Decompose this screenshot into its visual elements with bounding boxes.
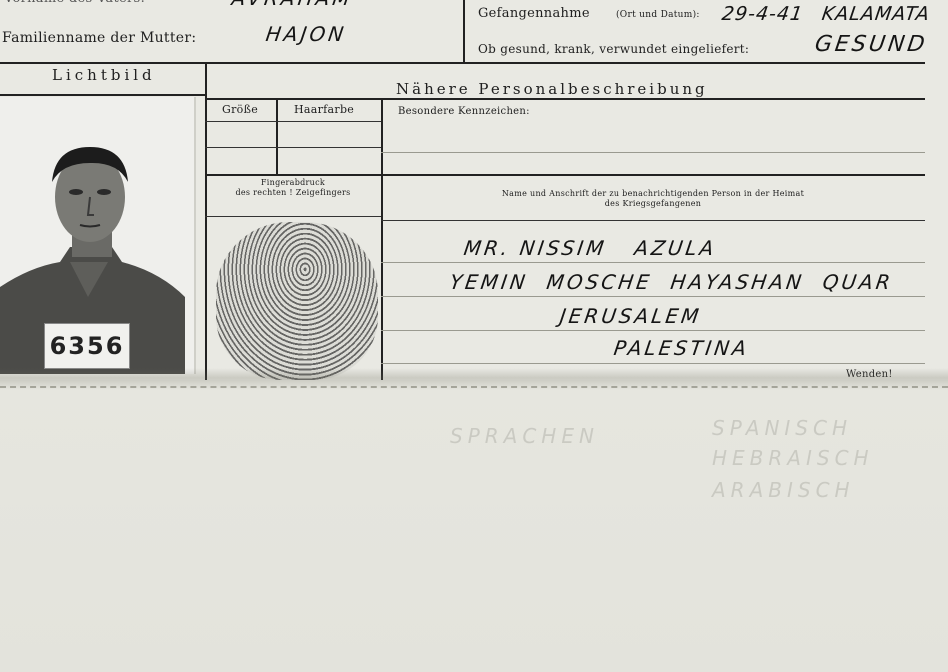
- fingerprint-label-rule: [205, 216, 381, 217]
- fingerprint-top-rule: [205, 174, 925, 176]
- contact-label-line2: des Kriegsgefangenen: [605, 199, 701, 208]
- health-label: Ob gesund, krank, verwundet eingeliefert…: [478, 42, 749, 56]
- photo-heading: Lichtbild: [52, 66, 156, 84]
- hair-color-label: Haarfarbe: [294, 103, 354, 116]
- contact-line-1: MR. NISSIM AZULA: [462, 236, 718, 260]
- capture-place: KALAMATA: [820, 3, 931, 25]
- photo-column-divider: [205, 62, 207, 380]
- grid-rule-2: [205, 147, 381, 148]
- faded-language-1: SPANISCH: [712, 416, 852, 440]
- description-main-divider: [381, 98, 383, 380]
- header-bottom-rule: [0, 62, 925, 64]
- contact-label-line1: Name und Anschrift der zu benachrichtige…: [502, 189, 804, 198]
- registration-card: Vorname des Vaters: AVRAHAM Familienname…: [0, 0, 948, 380]
- prisoner-number-sign: 6356: [44, 323, 130, 369]
- faded-languages-label: SPRACHEN: [450, 424, 599, 448]
- contact-rule-2: [381, 296, 925, 297]
- capture-date: 29-4-41: [720, 3, 804, 25]
- contact-label: Name und Anschrift der zu benachrichtige…: [388, 189, 918, 209]
- section-header-rule: [0, 94, 205, 96]
- mother-name-label: Familienname der Mutter:: [2, 30, 196, 46]
- faded-language-3: ARABISCH: [712, 478, 855, 502]
- capture-label: Gefangennahme: [478, 6, 590, 21]
- header-divider: [463, 0, 465, 62]
- father-name-label: Vorname des Vaters:: [4, 0, 145, 6]
- fingerprint-label: Fingerabdruck des rechten ! Zeigefingers: [206, 178, 380, 198]
- card-back-area: SPRACHEN SPANISCH HEBRAISCH ARABISCH: [0, 380, 948, 672]
- contact-line-2: YEMIN MOSCHE HAYASHAN QUAR: [448, 270, 894, 294]
- contact-rule-4: [381, 363, 925, 364]
- card-fold-edge: [0, 386, 948, 388]
- contact-line-4: PALESTINA: [612, 336, 750, 360]
- father-name-value: AVRAHAM: [230, 0, 354, 10]
- fingerprint-label-line2: des rechten ! Zeigefingers: [235, 188, 350, 197]
- contact-label-rule: [381, 220, 925, 221]
- fingerprint-impression: [216, 222, 378, 380]
- fingerprint-label-line1: Fingerabdruck: [261, 178, 325, 187]
- capture-sublabel: (Ort und Datum):: [616, 10, 700, 20]
- mother-name-value: HAJON: [264, 22, 348, 46]
- description-heading: Nähere Personalbeschreibung: [396, 80, 708, 98]
- health-value: GESUND: [813, 32, 929, 57]
- marks-rule-1: [381, 152, 925, 153]
- contact-rule-3: [381, 330, 925, 331]
- grid-rule-1: [205, 121, 381, 122]
- contact-line-3: JERUSALEM: [558, 304, 703, 328]
- height-divider: [276, 98, 278, 174]
- prisoner-photo: 6356: [0, 97, 196, 374]
- faded-language-2: HEBRAISCH: [712, 446, 874, 470]
- contact-rule-1: [381, 262, 925, 263]
- height-label: Größe: [222, 103, 258, 116]
- special-marks-label: Besondere Kennzeichen:: [398, 106, 530, 117]
- description-header-rule: [205, 98, 925, 100]
